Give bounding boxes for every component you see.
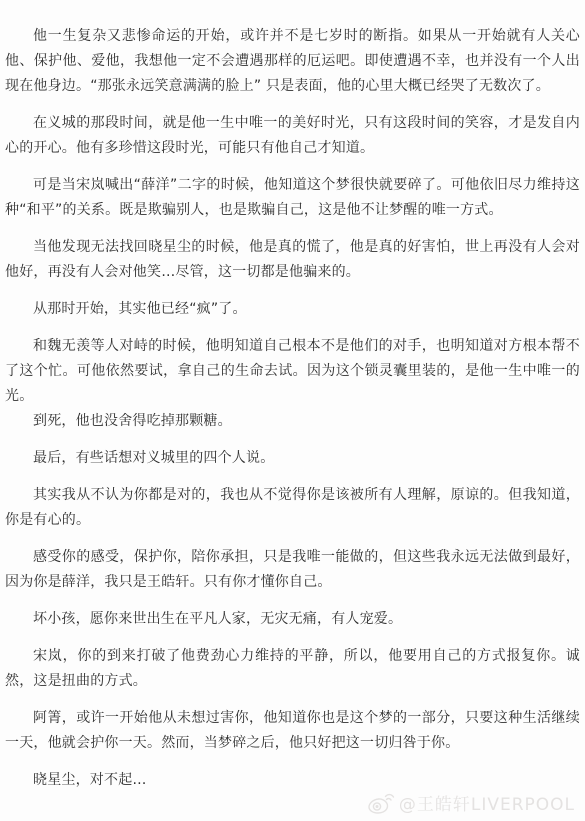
paragraph: 当他发现无法找回晓星尘的时候，他是真的慌了，他是真的好害怕，世上再没有人会对他好…	[5, 235, 580, 285]
paragraph: 他一生复杂又悲惨命运的开始，或许并不是七岁时的断指。如果从一开始就有人关心他、保…	[5, 24, 580, 99]
essay-text-block: 他一生复杂又悲惨命运的开始，或许并不是七岁时的断指。如果从一开始就有人关心他、保…	[5, 24, 580, 793]
watermark: @王皓轩LIVERPOOL	[367, 790, 575, 815]
paragraph: 感受你的感受，保护你，陪你承担，只是我唯一能做的，但这些我永远无法做到最好，因为…	[5, 545, 580, 595]
paragraph: 其实我从不认为你都是对的，我也从不觉得你是该被所有人理解，原谅的。但我知道，你是…	[5, 483, 580, 533]
paragraph: 从那时开始，其实他已经“疯”了。	[5, 297, 580, 322]
paragraph: 和魏无羡等人对峙的时候，他明知道自己根本不是他们的对手，也明知道对方根本帮不了这…	[5, 334, 580, 409]
paragraph: 宋岚，你的到来打破了他费劲心力维持的平静，所以，他要用自己的方式报复你。诚然，这…	[5, 644, 580, 694]
weibo-icon	[367, 791, 395, 815]
paragraph: 阿箐，或许一开始他从未想过害你，他知道你也是这个梦的一部分，只要这种生活继续一天…	[5, 706, 580, 756]
paragraph: 坏小孩，愿你来世出生在平凡人家，无灾无痛，有人宠爱。	[5, 607, 580, 632]
document-page: 他一生复杂又悲惨命运的开始，或许并不是七岁时的断指。如果从一开始就有人关心他、保…	[0, 0, 585, 821]
watermark-handle: @王皓轩LIVERPOOL	[399, 790, 575, 815]
paragraph: 在义城的那段时间，就是他一生中唯一的美好时光，只有这段时间的笑容，才是发自内心的…	[5, 111, 580, 161]
paragraph: 可是当宋岚喊出“薛洋”二字的时候，他知道这个梦很快就要碎了。可他依旧尽力维持这种…	[5, 173, 580, 223]
paragraph: 最后，有些话想对义城里的四个人说。	[5, 446, 580, 471]
paragraph: 到死，他也没舍得吃掉那颗糖。	[5, 409, 580, 434]
